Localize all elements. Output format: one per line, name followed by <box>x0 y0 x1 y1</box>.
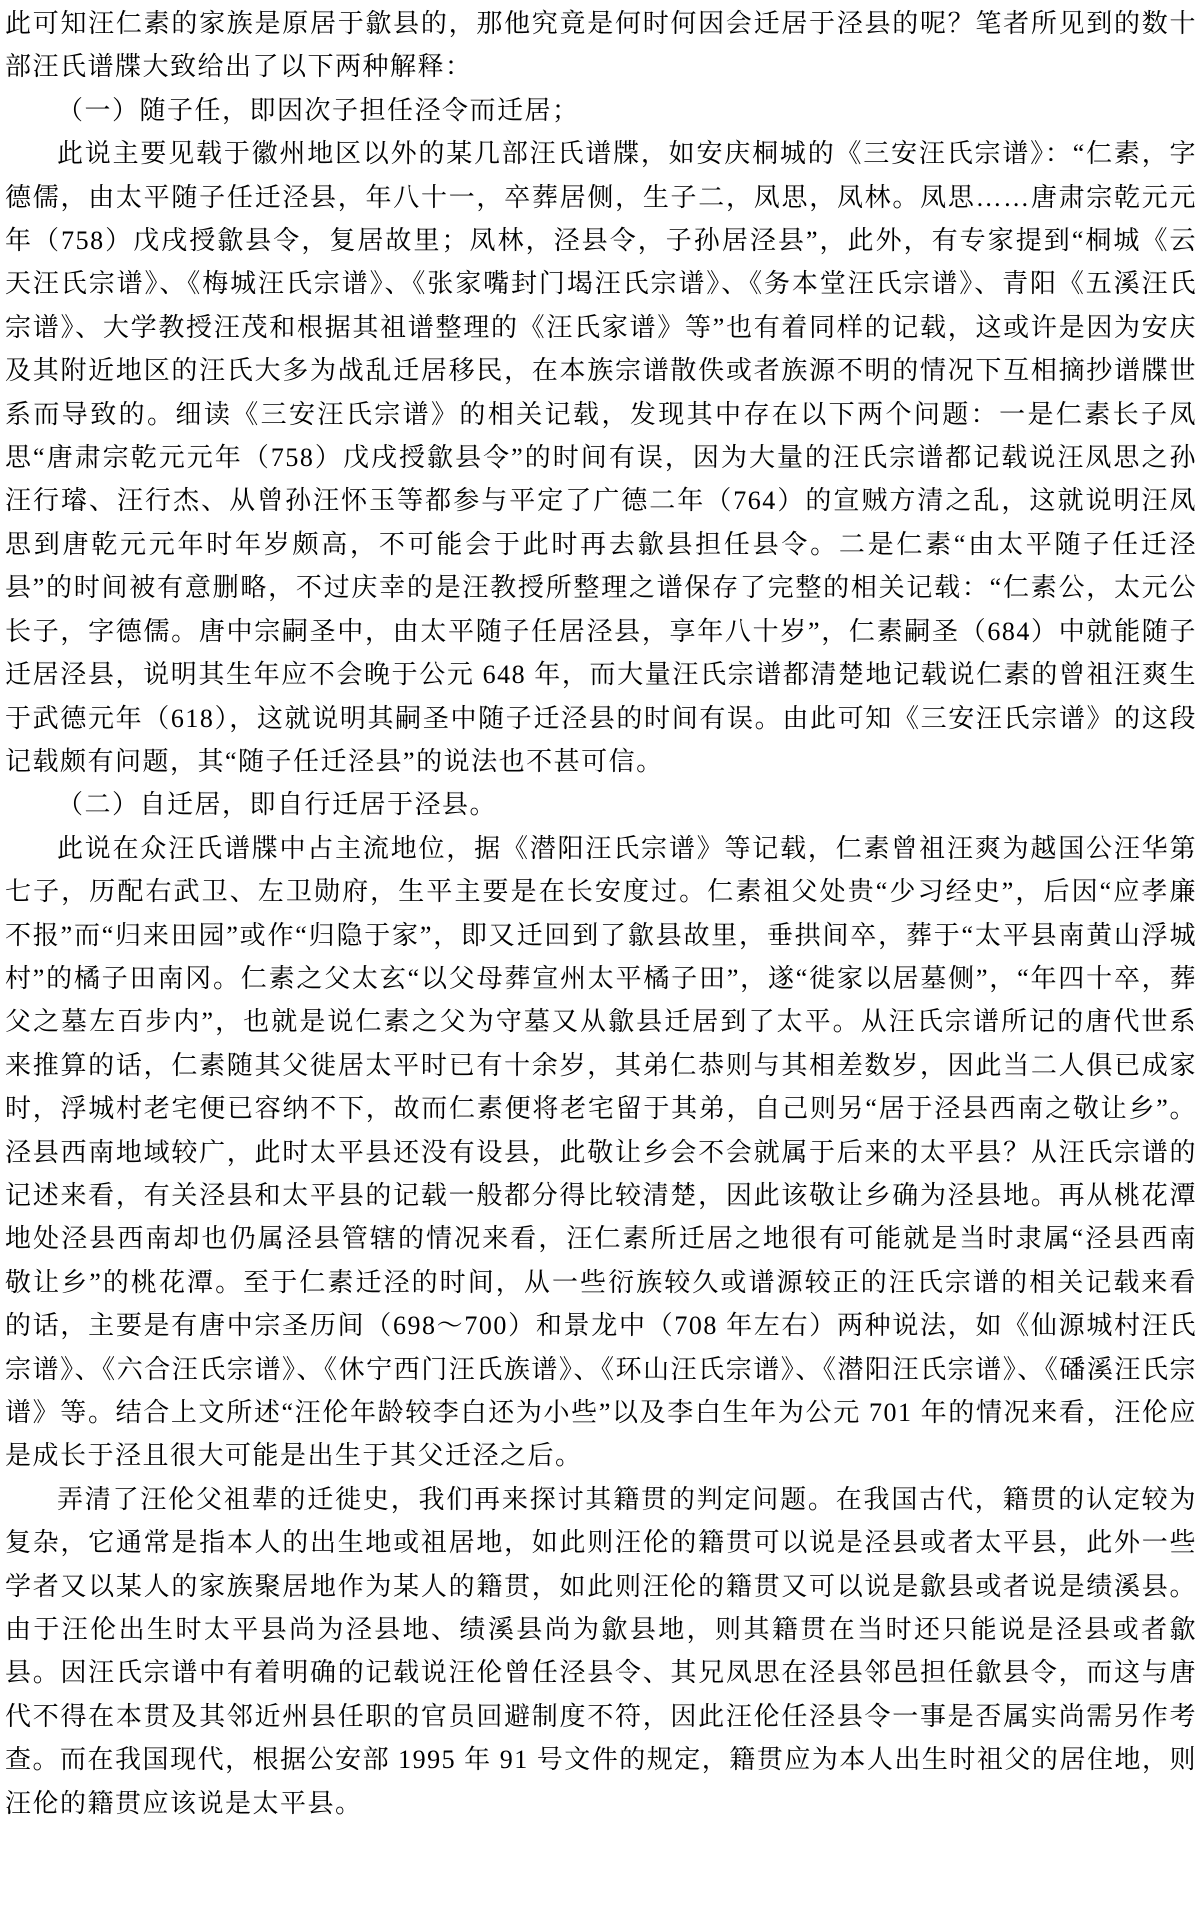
document-page: 此可知汪仁素的家族是原居于歙县的，那他究竟是何时何因会迁居于泾县的呢？笔者所见到… <box>0 0 1203 1909</box>
paragraph-heading-explanation-1: （一）随子任，即因次子担任泾令而迁居； <box>5 89 1197 132</box>
paragraph-explanation-2-body: 此说在众汪氏谱牒中占主流地位，据《潜阳汪氏宗谱》等记载，仁素曾祖汪爽为越国公汪华… <box>5 827 1197 1478</box>
paragraph-explanation-1-body: 此说主要见载于徽州地区以外的某几部汪氏谱牒，如安庆桐城的《三安汪氏宗谱》：“仁素… <box>5 132 1197 783</box>
article-body: 此可知汪仁素的家族是原居于歙县的，那他究竟是何时何因会迁居于泾县的呢？笔者所见到… <box>5 2 1197 1825</box>
paragraph-continuation: 此可知汪仁素的家族是原居于歙县的，那他究竟是何时何因会迁居于泾县的呢？笔者所见到… <box>5 2 1197 89</box>
paragraph-jiguan-discussion: 弄清了汪伦父祖辈的迁徙史，我们再来探讨其籍贯的判定问题。在我国古代，籍贯的认定较… <box>5 1478 1197 1825</box>
paragraph-heading-explanation-2: （二）自迁居，即自行迁居于泾县。 <box>5 783 1197 826</box>
